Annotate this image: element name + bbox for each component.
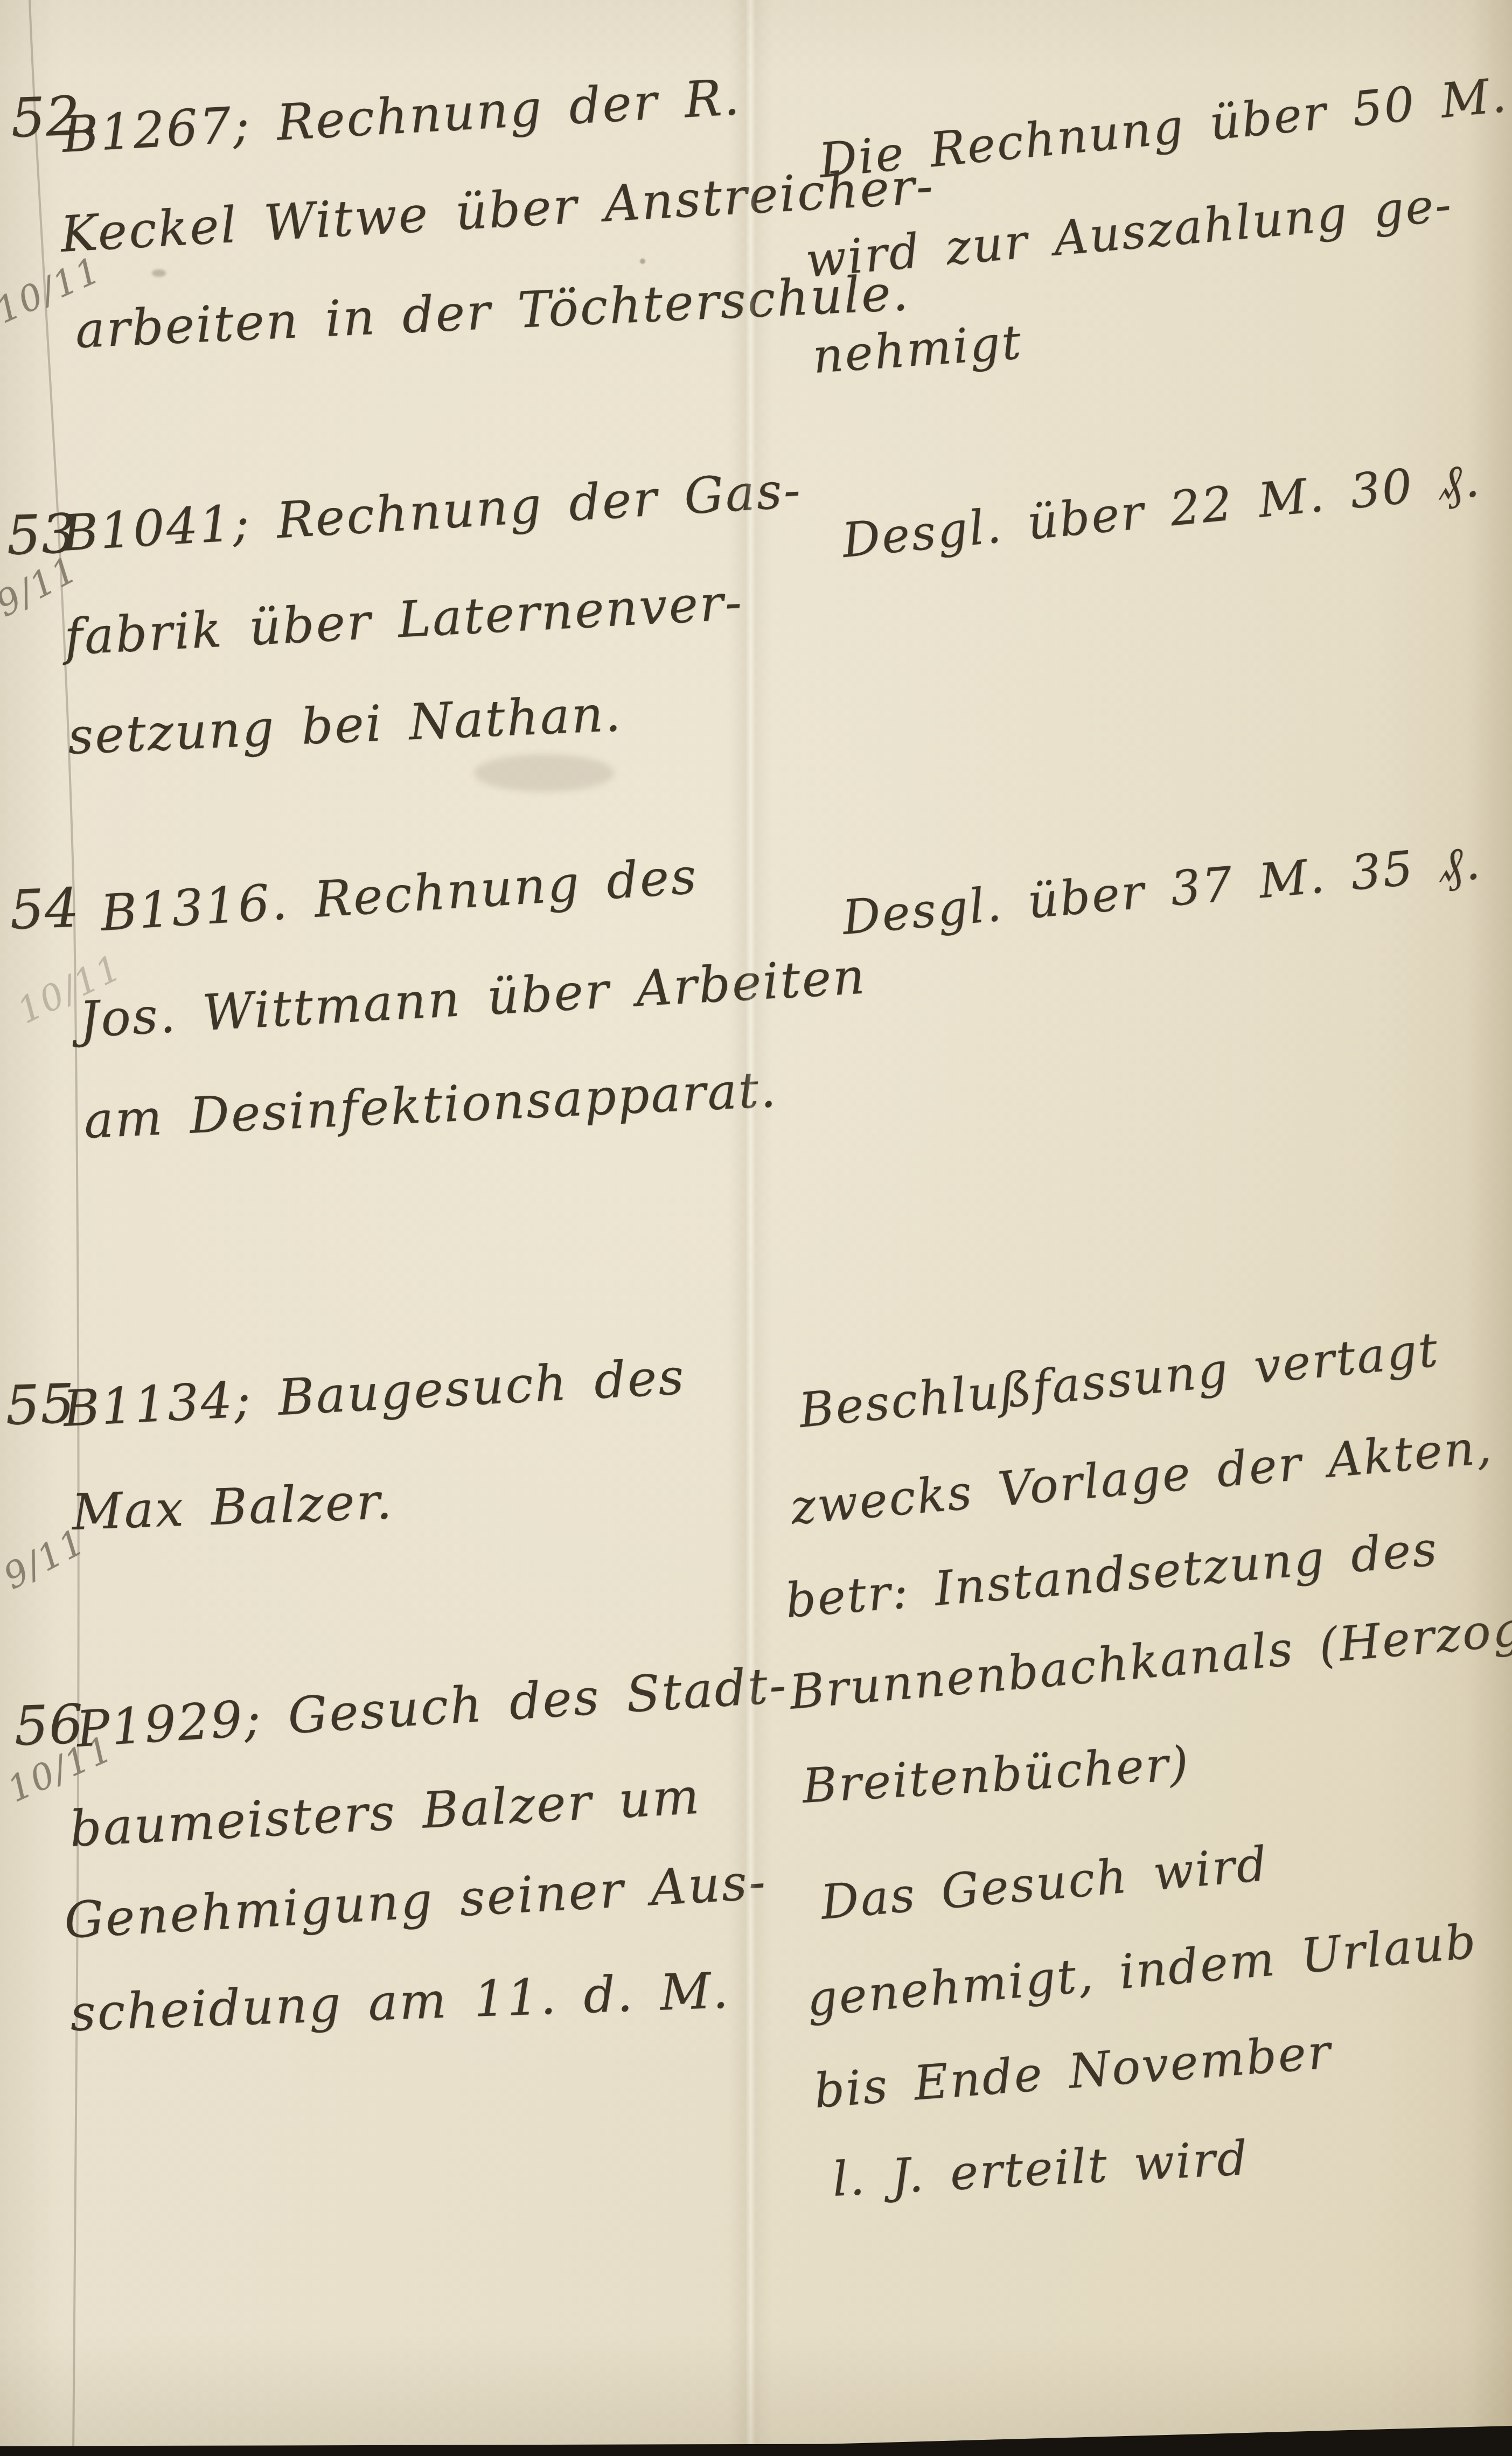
entry-55-resolution-line-1: Beschlußfassung vertagt <box>797 1326 1441 1435</box>
entry-56-subject-line-1: P1929; Gesuch des Stadt- <box>75 1660 789 1755</box>
entry-56-subject-line-2: baumeisters Balzer um <box>68 1772 702 1854</box>
entry-53-subject-line-3: setzung bei Nathan. <box>67 689 623 762</box>
entry-56-resolution-line-4: l. J. erteilt wird <box>831 2134 1250 2203</box>
center-fold-crease <box>728 0 771 2456</box>
entry-56-resolution-line-1: Das Gesuch wird <box>819 1840 1270 1926</box>
entry-52-subject-line-1: B1267; Rechnung der R. <box>61 73 742 160</box>
paper-speck <box>640 259 645 264</box>
bleed-through-smudge <box>474 754 614 792</box>
entry-56-subject-line-3: Genehmigung seiner Aus- <box>63 1857 768 1946</box>
entry-54-resolution-line-1: Desgl. über 37 M. 35 ₰. <box>840 839 1483 942</box>
entry-53-resolution-line-1: Desgl. über 22 M. 30 ₰. <box>840 456 1483 565</box>
entry-55-resolution-line-5: Breitenbücher) <box>801 1740 1191 1810</box>
entry-54-subject-line-3: am Desinfektionsapparat. <box>83 1065 778 1146</box>
paper-speck <box>152 269 166 277</box>
entry-55-resolution-line-2: zwecks Vorlage der Akten, <box>789 1423 1494 1532</box>
entry-56-resolution-line-2: genehmigt, indem Urlaub <box>805 1918 1479 2023</box>
page-edge-shading <box>0 0 1512 2456</box>
entry-52-resolution-line-1: Die Rechnung über 50 M. 58 ₰. <box>817 57 1512 185</box>
entry-54-subject-line-2: Jos. Wittmann über Arbeiten <box>78 951 868 1045</box>
entry-55-subject-line-2: Max Balzer. <box>71 1477 394 1537</box>
entry-54-number: 54 <box>9 881 81 937</box>
scan-bottom-edge <box>0 2418 1512 2456</box>
margin-rule-line <box>0 0 1512 2456</box>
ledger-page: 52. 10/11 B1267; Rechnung der R. Keckel … <box>0 0 1512 2456</box>
entry-53-subject-line-2: fabrik über Laternenver- <box>63 578 744 663</box>
entry-52-subject-line-3: arbeiten in der Töchterschule. <box>74 268 911 356</box>
entry-53-subject-line-1: B1041; Rechnung der Gas- <box>61 465 804 559</box>
entry-55-resolution-line-3: betr: Instandsetzung des <box>784 1525 1440 1625</box>
entry-55-subject-line-1: B1134; Baugesuch des <box>62 1352 686 1434</box>
entry-56-subject-line-4: scheidung am 11. d. M. <box>69 1966 731 2038</box>
entry-56-resolution-line-3: bis Ende November <box>812 2028 1334 2115</box>
entry-54-subject-line-1: B1316. Rechnung des <box>99 851 699 938</box>
entry-52-resolution-line-3: nehmigt <box>811 318 1024 380</box>
